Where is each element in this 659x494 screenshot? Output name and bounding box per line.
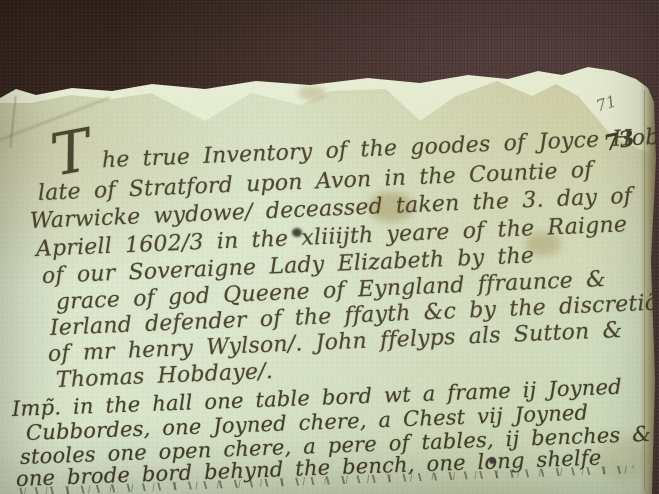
manuscript-photo: 71 73 The true Inventory of the goodes o… <box>0 0 659 494</box>
